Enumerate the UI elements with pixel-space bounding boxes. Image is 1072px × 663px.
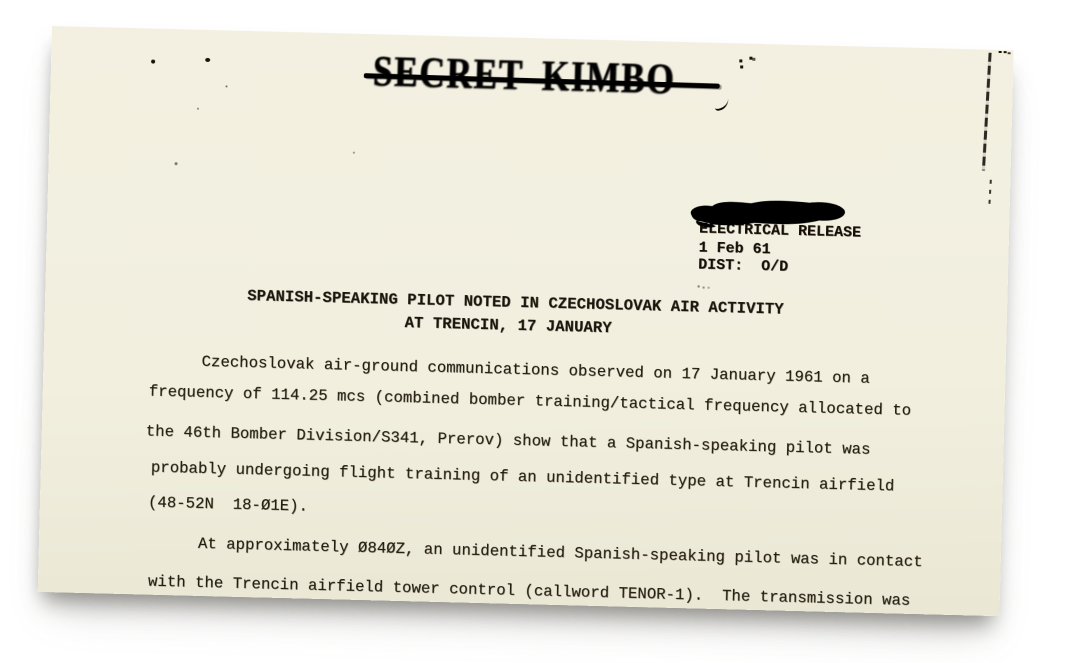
body-line: the 46th Bomber Division/S341, Prerov) s… bbox=[146, 422, 871, 460]
ink-speck bbox=[226, 85, 228, 87]
redaction-bar bbox=[686, 196, 848, 232]
paper-sheet: SECRET KIMBO ELECTRICAL RELEASE 1 Feb 61… bbox=[38, 26, 1014, 616]
ink-speck bbox=[151, 60, 155, 64]
ink-mark bbox=[999, 51, 1002, 53]
ink-mark bbox=[739, 59, 742, 62]
body-line: Czechoslovak air-ground communications o… bbox=[201, 352, 870, 389]
document-title-line-2: AT TRENCIN, 17 JANUARY bbox=[404, 313, 612, 338]
ink-mark bbox=[698, 285, 700, 287]
redaction-blob bbox=[691, 200, 845, 228]
ink-mark bbox=[713, 97, 730, 111]
body-line: probably undergoing flight training of a… bbox=[151, 458, 895, 497]
body-line: with the Trencin airfield tower control … bbox=[148, 572, 911, 611]
release-stamp-block: ELECTRICAL RELEASE 1 Feb 61 DIST: O/D bbox=[690, 192, 933, 308]
scan-artifact-line bbox=[982, 53, 991, 171]
body-line: At approximately Ø84ØZ, an unidentified … bbox=[198, 534, 923, 572]
scanned-document-view: SECRET KIMBO ELECTRICAL RELEASE 1 Feb 61… bbox=[0, 0, 1072, 663]
body-line: (48-52N 18-Ø1E). bbox=[148, 493, 309, 517]
ink-speck bbox=[205, 58, 210, 62]
ink-layer: SECRET KIMBO ELECTRICAL RELEASE 1 Feb 61… bbox=[38, 26, 1014, 616]
ink-speck bbox=[175, 162, 178, 165]
ink-speck bbox=[353, 152, 355, 154]
scan-artifact-dash bbox=[988, 180, 991, 206]
distribution-line: DIST: O/D bbox=[698, 256, 788, 276]
body-line: frequency of 114.25 mcs (combined bomber… bbox=[149, 382, 912, 421]
ink-speck bbox=[197, 108, 199, 110]
